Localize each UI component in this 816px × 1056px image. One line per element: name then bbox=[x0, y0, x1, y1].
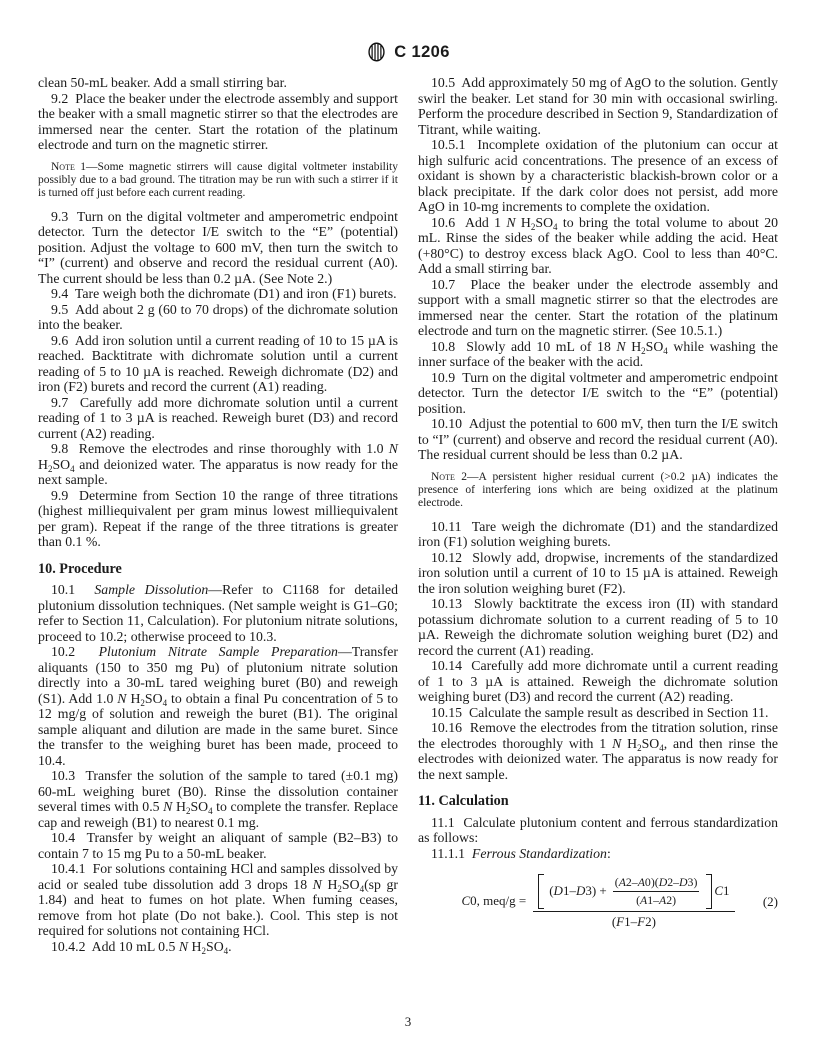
body-paragraph: 9.6 Add iron solution until a current re… bbox=[38, 333, 398, 395]
right-column: 10.5 Add approximately 50 mg of AgO to t… bbox=[418, 75, 778, 954]
body-paragraph: 10.14 Carefully add more dichromate unti… bbox=[418, 658, 778, 705]
body-paragraph: 10.16 Remove the electrodes from the tit… bbox=[418, 720, 778, 782]
body-paragraph: 10.11 Tare weigh the dichromate (D1) and… bbox=[418, 519, 778, 550]
body-paragraph: 9.8 Remove the electrodes and rinse thor… bbox=[38, 441, 398, 488]
body-paragraph: 10.12 Slowly add, dropwise, increments o… bbox=[418, 550, 778, 597]
astm-logo-icon bbox=[366, 42, 387, 62]
body-paragraph: 9.7 Carefully add more dichromate soluti… bbox=[38, 395, 398, 442]
body-paragraph: 10.7 Place the beaker under the electrod… bbox=[418, 277, 778, 339]
body-paragraph: 9.3 Turn on the digital voltmeter and am… bbox=[38, 209, 398, 287]
body-paragraph: 10.4 Transfer by weight an aliquant of s… bbox=[38, 830, 398, 861]
equation-coefficient: C1 bbox=[714, 883, 729, 899]
outer-denominator: (F1–F2) bbox=[612, 912, 656, 930]
equation-ferrous-standardization: C0, meq/g = (D1–D3) + (A2–A0)(D2–D3) (A1… bbox=[418, 873, 778, 930]
equation-lhs: C0, meq/g = bbox=[461, 893, 526, 909]
body-paragraph: 10.13 Slowly backtitrate the excess iron… bbox=[418, 596, 778, 658]
left-column: clean 50-mL beaker. Add a small stirring… bbox=[38, 75, 398, 954]
page-number: 3 bbox=[0, 1014, 816, 1030]
body-paragraph: 10.5 Add approximately 50 mg of AgO to t… bbox=[418, 75, 778, 137]
body-paragraph: 10.4.1 For solutions containing HCl and … bbox=[38, 861, 398, 939]
left-bracket bbox=[538, 874, 544, 908]
two-column-body: clean 50-mL beaker. Add a small stirring… bbox=[0, 62, 816, 954]
body-paragraph: 10.2 Plutonium Nitrate Sample Preparatio… bbox=[38, 644, 398, 768]
equation-inner-fraction: (A2–A0)(D2–D3) (A1–A2) bbox=[613, 875, 700, 907]
document-page: C 1206 clean 50-mL beaker. Add a small s… bbox=[0, 0, 816, 1056]
section-heading: 11. Calculation bbox=[418, 794, 778, 810]
body-paragraph: 10.3 Transfer the solution of the sample… bbox=[38, 768, 398, 830]
body-paragraph: 10.1 Sample Dissolution—Refer to C1168 f… bbox=[38, 582, 398, 644]
equation-pre-term: (D1–D3) + bbox=[549, 883, 607, 899]
body-paragraph: 10.10 Adjust the potential to 600 mV, th… bbox=[418, 416, 778, 463]
body-paragraph: 9.4 Tare weigh both the dichromate (D1) … bbox=[38, 286, 398, 302]
equation-outer-fraction: (D1–D3) + (A2–A0)(D2–D3) (A1–A2) C1 (F1–… bbox=[533, 873, 734, 930]
body-paragraph: clean 50-mL beaker. Add a small stirring… bbox=[38, 75, 398, 91]
page-header: C 1206 bbox=[0, 0, 816, 62]
inner-numerator: (A2–A0)(D2–D3) bbox=[613, 875, 700, 892]
body-paragraph: 10.15 Calculate the sample result as des… bbox=[418, 705, 778, 721]
right-column-text: 10.5 Add approximately 50 mg of AgO to t… bbox=[418, 75, 778, 861]
equation-number: (2) bbox=[763, 893, 778, 909]
body-paragraph: 10.8 Slowly add 10 mL of 18 N H2SO4 whil… bbox=[418, 339, 778, 370]
body-paragraph: 9.5 Add about 2 g (60 to 70 drops) of th… bbox=[38, 302, 398, 333]
body-paragraph: 9.2 Place the beaker under the electrode… bbox=[38, 91, 398, 153]
document-code: C 1206 bbox=[394, 43, 450, 62]
body-paragraph: 10.4.2 Add 10 mL 0.5 N H2SO4. bbox=[38, 939, 398, 955]
section-heading: 10. Procedure bbox=[38, 562, 398, 578]
body-paragraph: 9.9 Determine from Section 10 the range … bbox=[38, 488, 398, 550]
body-paragraph: 10.6 Add 1 N H2SO4 to bring the total vo… bbox=[418, 215, 778, 277]
body-paragraph: 11.1 Calculate plutonium content and fer… bbox=[418, 815, 778, 846]
note-paragraph: Note 1—Some magnetic stirrers will cause… bbox=[38, 161, 398, 201]
note-paragraph: Note 2—A persistent higher residual curr… bbox=[418, 471, 778, 511]
right-bracket bbox=[706, 874, 712, 908]
body-paragraph: 11.1.1 Ferrous Standardization: bbox=[418, 846, 778, 862]
inner-denominator: (A1–A2) bbox=[636, 892, 676, 908]
body-paragraph: 10.9 Turn on the digital voltmeter and a… bbox=[418, 370, 778, 417]
body-paragraph: 10.5.1 Incomplete oxidation of the pluto… bbox=[418, 137, 778, 215]
